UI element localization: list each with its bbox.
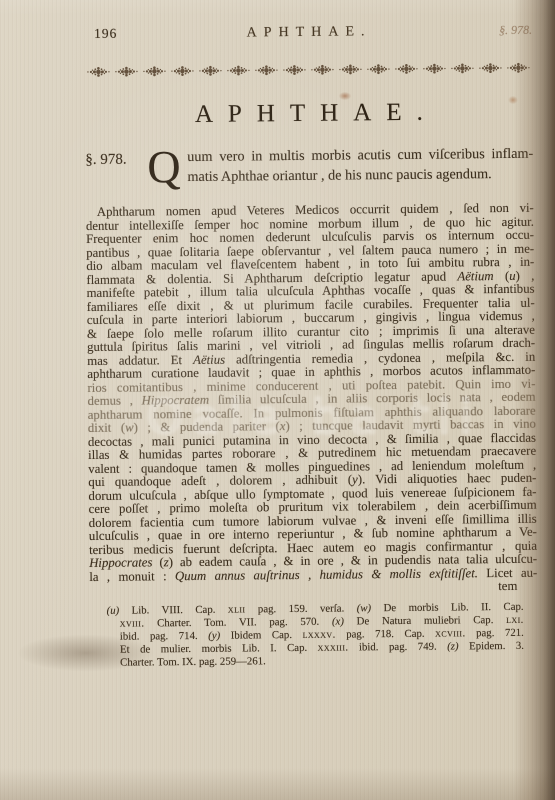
catchword: tem: [498, 579, 517, 593]
fleuron-motif: [171, 66, 193, 76]
text-segment: Charter. Tom. IX. pag. 259—261.: [120, 655, 266, 668]
italic-segment: Quum annus auſtrinus , humidus & mollis …: [175, 566, 478, 583]
fleuron-motif: [87, 67, 109, 77]
fleuron-motif: [507, 63, 529, 73]
fleuron-motif: [143, 66, 165, 76]
italic-segment: (u): [107, 604, 120, 616]
fleuron-motif: [115, 67, 137, 77]
small-caps-segment: xviii.: [120, 617, 145, 629]
fleuron-motif: [283, 65, 305, 75]
section-reference: §. 978.: [454, 23, 532, 39]
fleuron-motif: [423, 64, 445, 74]
text-segment: ibid. pag. 714.: [120, 629, 208, 642]
text-segment: ) ,: [516, 268, 535, 282]
page-content: 196 APHTHAE. §. 978. APHTHAE.: [84, 22, 538, 670]
text-segment: pag. 721.: [465, 626, 523, 639]
running-title: APHTHAE.: [164, 23, 454, 42]
italic-segment: (x): [332, 615, 344, 627]
text-segment: (: [494, 268, 510, 282]
text-segment: Licet au-: [478, 565, 537, 580]
section-intro: §. 978. Q uum vero in multis morbis acut…: [85, 144, 533, 190]
fleuron-motif: [311, 65, 333, 75]
text-segment: Lib. VIII. Cap.: [119, 603, 228, 616]
italic-segment: (w): [357, 602, 372, 614]
footnote-line: Charter. Tom. IX. pag. 259—261.: [120, 652, 524, 669]
page-title: APHTHAE.: [85, 98, 533, 130]
fleuron-motif: [227, 66, 249, 76]
text-segment: Charter. Tom. VII. pag. 570.: [144, 615, 332, 629]
page-number: 196: [84, 25, 164, 42]
small-caps-segment: xxxiii.: [318, 641, 349, 653]
text-segment: demus ,: [88, 393, 142, 408]
small-caps-segment: lxxxv.: [302, 628, 335, 640]
italic-segment: (y): [208, 629, 220, 641]
text-segment: Et de mulier. morbis Lib. I. Cap.: [120, 641, 318, 655]
fleuron-ornament-divider: [84, 58, 532, 82]
text-segment: pag. 159. verſa.: [245, 602, 356, 615]
italic-segment: (z): [447, 640, 459, 652]
fleuron-motif: [451, 63, 473, 73]
fleuron-motif: [199, 66, 221, 76]
small-caps-segment: xcviii.: [435, 627, 466, 639]
book-page-scan: 196 APHTHAE. §. 978. APHTHAE.: [0, 0, 555, 800]
section-number-label: §. 978.: [85, 147, 147, 190]
fleuron-motif: [479, 63, 501, 73]
text-segment: De morbis Lib. II. Cap.: [371, 600, 524, 613]
text-segment: ) ; tuncque laudavit myrti baccas in vin…: [285, 417, 536, 433]
text-segment: matis Aphthae oriantur , de his nunc pau…: [187, 166, 491, 185]
text-segment: la , monuit :: [89, 569, 175, 584]
main-paragraph: Aphtharum nomen apud Veteres Medicos occ…: [86, 202, 538, 584]
fleuron-motif: [255, 65, 277, 75]
small-caps-segment: lxi.: [506, 613, 524, 625]
text-segment: De Natura muliebri Cap.: [344, 613, 506, 627]
dropcap-initial: Q: [147, 148, 187, 190]
italic-segment: Hippocratem: [142, 393, 210, 408]
italic-segment: Aëtium: [457, 269, 493, 283]
text-segment: (: [152, 555, 163, 569]
running-head: 196 APHTHAE. §. 978.: [84, 22, 532, 44]
fleuron-motif: [367, 64, 389, 74]
fleuron-motif: [339, 64, 361, 74]
section-intro-text: uum vero in multis morbis acutis cum viſ…: [187, 144, 533, 189]
italic-segment: Aëtius: [193, 352, 225, 366]
text-segment: Epidem. 3.: [459, 639, 525, 652]
intro-line: matis Aphthae oriantur , de his nunc pau…: [187, 164, 533, 187]
italic-segment: w: [125, 421, 134, 435]
small-caps-segment: xlii: [228, 603, 246, 615]
fleuron-motif: [395, 64, 417, 74]
text-segment: pag. 718. Cap.: [336, 627, 436, 640]
text-segment: Ibidem Cap.: [220, 628, 302, 641]
text-segment: dixit (: [88, 421, 125, 435]
text-segment: ) ; & pudenda pariter (: [134, 419, 280, 434]
text-segment: uum vero in multis morbis acutis cum viſ…: [187, 146, 533, 165]
italic-segment: Hippocrates: [89, 555, 152, 570]
footnotes-block: (u) Lib. VIII. Cap. xlii pag. 159. verſa…: [120, 600, 525, 669]
text-segment: ibid. pag. 749.: [348, 640, 447, 653]
